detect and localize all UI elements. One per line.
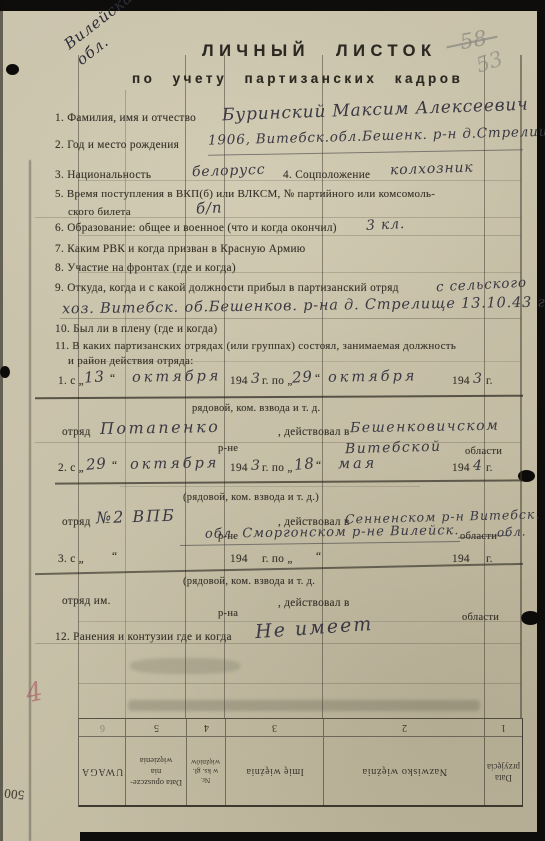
grid-line-horizontal — [35, 442, 521, 443]
field11-label-line2: и район действия отряда: — [68, 355, 194, 367]
scan-edge-top — [0, 0, 545, 11]
field1-value: Буринский Максим Алексеевич — [222, 95, 529, 126]
rank-hint-1: рядовой, ком. взвода и т. д. — [192, 403, 320, 414]
entry2-underline2 — [120, 486, 420, 487]
entry2-year-printed: 194 — [230, 462, 248, 474]
grid-line-vertical — [125, 90, 126, 718]
otryad2-name: №2 ВПБ — [96, 506, 176, 528]
handwritten-underline — [208, 149, 523, 155]
paper-crease — [29, 160, 31, 841]
entry3-year-printed: 194 — [230, 553, 248, 565]
rank-hint-2: (рядовой, ком. взвода и т. д.) — [183, 492, 319, 503]
service-entry-1: 1. с „ 13 “ октября 194 3 г. по „ 29 “ о… — [58, 368, 518, 392]
field12-value: Не имеет — [254, 613, 374, 643]
polish-col-number: 4 — [187, 719, 227, 736]
polish-col-number: 1 — [485, 719, 522, 736]
entry2-printed-mid: г. по „ — [262, 462, 293, 474]
field3-label: 3. Национальность — [55, 169, 151, 181]
otryad2-area-line2: обл. Сморгонском р-не Вилейск. — [205, 523, 460, 542]
polish-header-uwaga: UWAGA — [79, 737, 126, 806]
field8-label: 8. Участие на фронтах (где и когда) — [55, 262, 236, 274]
field9-value-line2: хоз. Витебск. об.Бешенков. р-на д. Стрел… — [62, 295, 545, 318]
entry2-day-from: 29 — [85, 454, 107, 474]
field1-label: 1. Фамилия, имя и отчество — [55, 112, 196, 124]
grid-line-horizontal — [78, 683, 521, 684]
field4-label: 4. Соцположение — [283, 169, 370, 181]
field11-label-line1: 11. В каких партизанских отрядах (или гр… — [55, 340, 456, 352]
polish-col-number: 6 — [79, 719, 126, 736]
punch-hole — [0, 366, 10, 378]
form-title-line1: ЛИЧНЫЙ ЛИСТОК — [202, 42, 437, 61]
entry2-printed-pre: 2. с „ — [58, 462, 84, 474]
otryad2-label: отряд — [62, 516, 91, 528]
field6-value: 3 кл. — [366, 216, 406, 234]
field4-value: колхозник — [390, 160, 474, 179]
field10-label: 10. Был ли в плену (где и когда) — [55, 323, 217, 335]
entry1-month-to: октября — [328, 368, 418, 386]
faded-stamp-ghost — [128, 700, 480, 711]
print-run-number: 500 — [3, 785, 25, 803]
otryad1-label: отряд — [62, 426, 91, 438]
entry2-year2-digit: 4 — [473, 458, 483, 474]
entry3-quote: “ — [112, 551, 117, 563]
otryad1-acted-label: , действовал в — [278, 426, 350, 438]
entry2-quote2: “ — [316, 460, 321, 472]
field12-label: 12. Ранения и контузии где и когда — [55, 631, 232, 643]
entry3-printed-end: г. — [486, 553, 493, 565]
entry1-year-digit: 3 — [251, 371, 261, 387]
service-entry-2: 2. с „ 29 “ октября 194 3 г. по „ 18 “ м… — [58, 455, 518, 479]
field7-label: 7. Каким РВК и когда призван в Красную А… — [55, 243, 306, 255]
polish-col-number: 3 — [226, 719, 324, 736]
ink-blob — [521, 611, 540, 625]
polish-col-number: 2 — [324, 719, 485, 736]
field3-value: белорусс — [192, 162, 266, 181]
polish-header-data-opuszczenia: Data opuszcze- nia więzienia — [126, 737, 186, 806]
polish-header-nr: Nr. w ks. gł. więźniów — [187, 737, 227, 806]
otryad3-oblast-label: области — [462, 612, 499, 623]
entry2-month-to: мая — [338, 456, 378, 473]
entry2-month-from: октября — [130, 455, 220, 473]
polish-register-table: 6 5 4 3 2 1 UWAGA Data opuszcze- nia wię… — [78, 718, 523, 807]
entry1-quote2: “ — [315, 373, 320, 385]
field6-label: 6. Образование: общее и военное (что и к… — [55, 222, 337, 234]
polish-table-number-row: 6 5 4 3 2 1 — [79, 719, 522, 737]
grid-line-horizontal — [60, 318, 521, 319]
rank-hint-3: (рядовой, ком. взвода и т. д. — [183, 576, 315, 587]
field9-value-line1: с сельского — [436, 275, 528, 296]
entry1-quote: “ — [110, 373, 115, 385]
polish-col-number: 5 — [126, 719, 186, 736]
otryad3-acted-label: , действовал в — [278, 597, 350, 609]
entry1-month-from: октября — [132, 368, 222, 386]
grid-line-horizontal — [78, 235, 521, 236]
field9-label: 9. Откуда, когда и с какой должности при… — [55, 282, 399, 294]
field5-label-line2: ского билета — [68, 206, 131, 218]
entry3-printed-mid: г. по „ — [262, 553, 293, 565]
entry3-printed-pre: 3. с „ — [58, 553, 84, 565]
otryad2-area-line2-tail: обл. — [497, 524, 527, 539]
field2-value: 1906, Витебск.обл.Бешенк. р-н д.Стрелище — [208, 123, 545, 148]
punch-hole — [6, 64, 19, 75]
entry1-year2-digit: 3 — [473, 371, 483, 387]
entry2-printed-end: г. — [486, 462, 493, 474]
entry1-printed-end: г. — [486, 375, 493, 387]
otryad3-label: отряд им. — [62, 595, 111, 607]
entry1-year-printed: 194 — [230, 375, 248, 387]
faded-pencil-mark — [130, 658, 240, 674]
polish-header-imie: Imię więźnia — [226, 737, 324, 806]
otryad1-area-line1: Бешенковичском — [350, 418, 500, 437]
grid-line-vertical — [520, 55, 522, 718]
field2-label: 2. Год и место рождения — [55, 139, 179, 151]
entry2-quote: “ — [112, 460, 117, 472]
grid-line-horizontal — [35, 643, 521, 644]
entry2-year-digit: 3 — [251, 458, 261, 474]
entry1-day-from: 13 — [83, 367, 105, 386]
scanned-document: Вилейская обл. 58 53 ЛИЧНЫЙ ЛИСТОК по уч… — [0, 0, 545, 841]
entry1-day-to: 29 — [291, 367, 313, 386]
red-check-mark: 4 — [23, 677, 45, 710]
entry1-printed-pre: 1. с „ — [58, 375, 84, 387]
entry3-quote2: “ — [316, 551, 321, 563]
entry2-year2-printed: 194 — [452, 462, 470, 474]
entry1-year2-printed: 194 — [452, 375, 470, 387]
entry2-day-to: 18 — [293, 454, 315, 474]
field5-value: б/п — [196, 198, 223, 217]
otryad3-rayon-label: р-на — [218, 608, 238, 619]
otryad1-rayon-label: р-не — [218, 443, 238, 454]
polish-header-nazwisko: Nazwisko więźnia — [324, 737, 485, 806]
entry3-year2-printed: 194 — [452, 553, 470, 565]
polish-table-header-row: UWAGA Data opuszcze- nia więzienia Nr. w… — [79, 737, 522, 806]
scan-edge-left — [0, 0, 3, 841]
entry1-underline — [35, 395, 523, 400]
field5-label-line1: 5. Время поступления в ВКП(б) или ВЛКСМ,… — [55, 188, 435, 200]
polish-header-data-przyjecia: Data przyjęcia — [485, 737, 522, 806]
entry1-printed-mid: г. по „ — [262, 375, 293, 387]
service-entry-3: 3. с „ “ 194 г. по „ “ 194 г. — [58, 546, 518, 570]
otryad1-name: Потапенко — [100, 417, 221, 438]
form-title-line2: по учету партизанских кадров — [132, 71, 463, 86]
scan-edge-bottom — [80, 832, 545, 841]
